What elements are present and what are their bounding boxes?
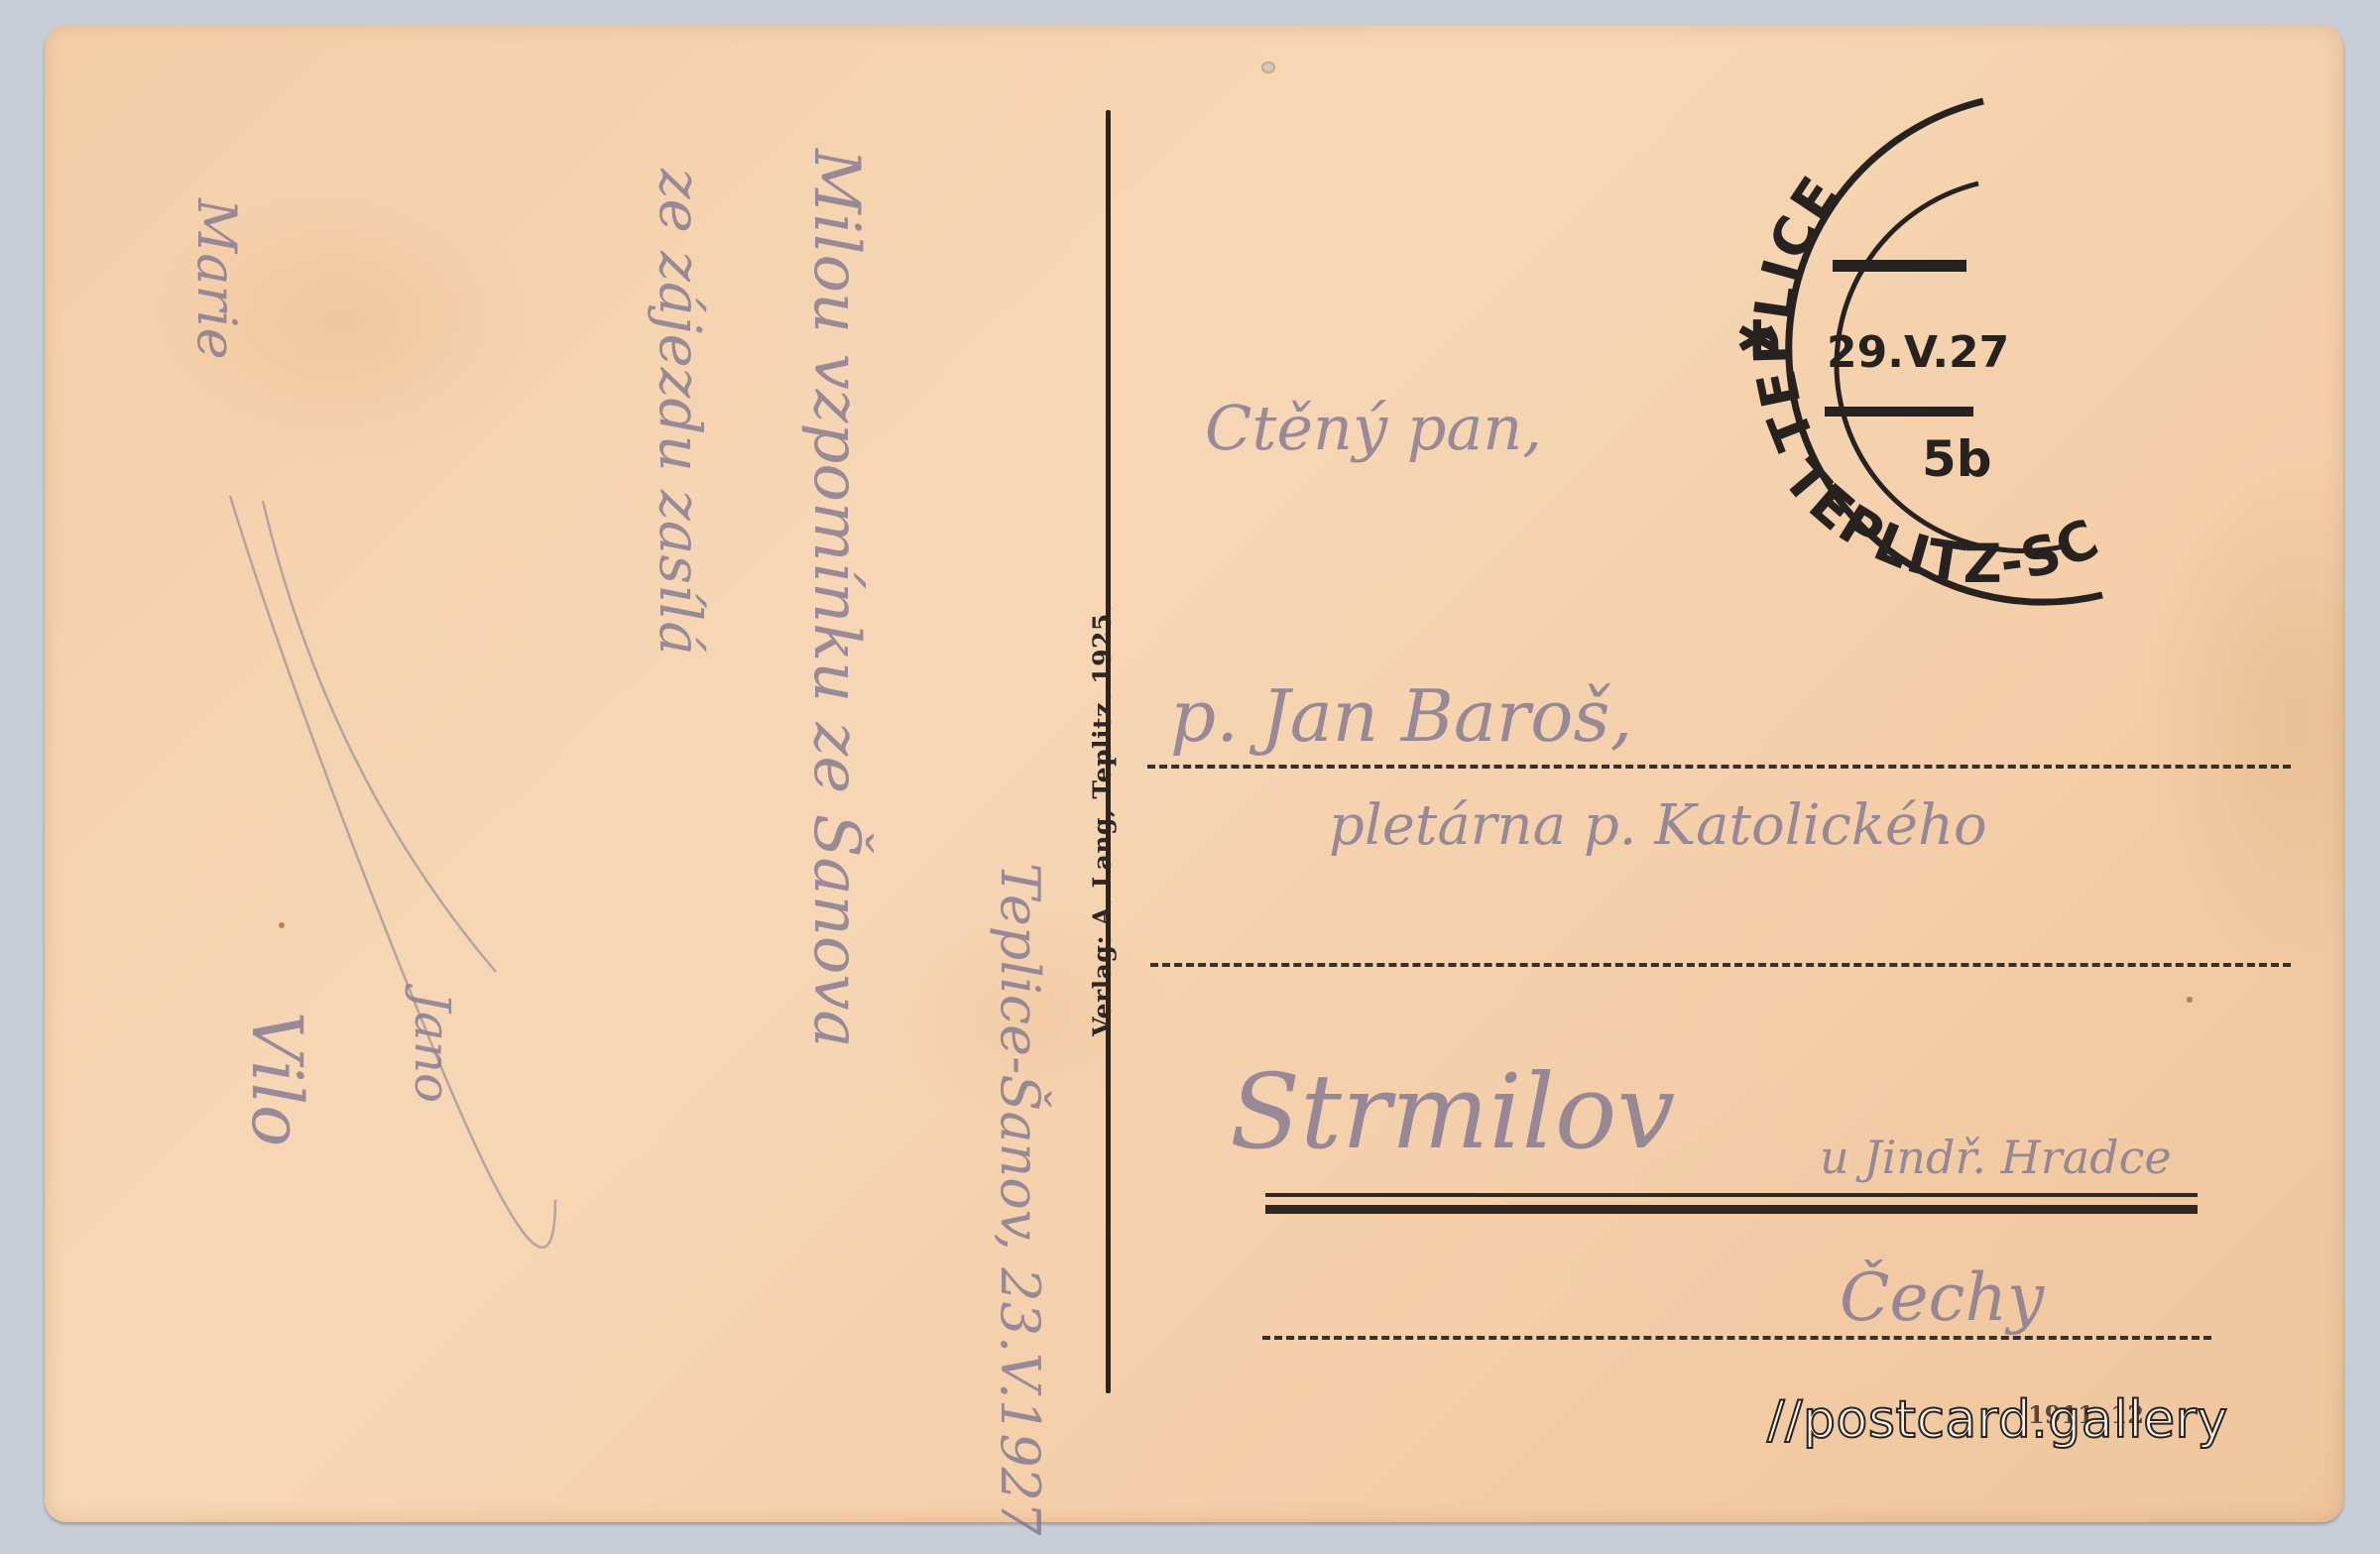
publisher-imprint: Verlag: A. Lang, Teplitz. 1925. [1088,604,1117,1036]
address-salutation: Ctěný pan, [1205,392,1542,464]
address-country: Čechy [1840,1259,2044,1336]
address-city: Strmilov [1230,1051,1675,1172]
address-bar-thin [1265,1193,2198,1197]
postmark-date: 29.V.27 [1827,327,2009,378]
postmark-star: ✱ [1735,310,1779,370]
address-name: p. Jan Baroš, [1170,674,1632,758]
watermark: //postcard.gallery [1767,1390,2228,1450]
address-line-1 [1147,765,2291,769]
postmark: TEPLICE TEPLITZ-SCH ✱ 29.V.27 5b [1686,79,2142,635]
address-line2: pletárna p. Katolického [1329,793,1987,858]
address-city-note: u Jindř. Hradce [1820,1131,2172,1184]
address-bar-thick [1265,1205,2198,1214]
postmark-code: 5b [1922,430,1992,488]
address-line-2 [1150,963,2291,967]
address-line-4 [1262,1336,2211,1340]
